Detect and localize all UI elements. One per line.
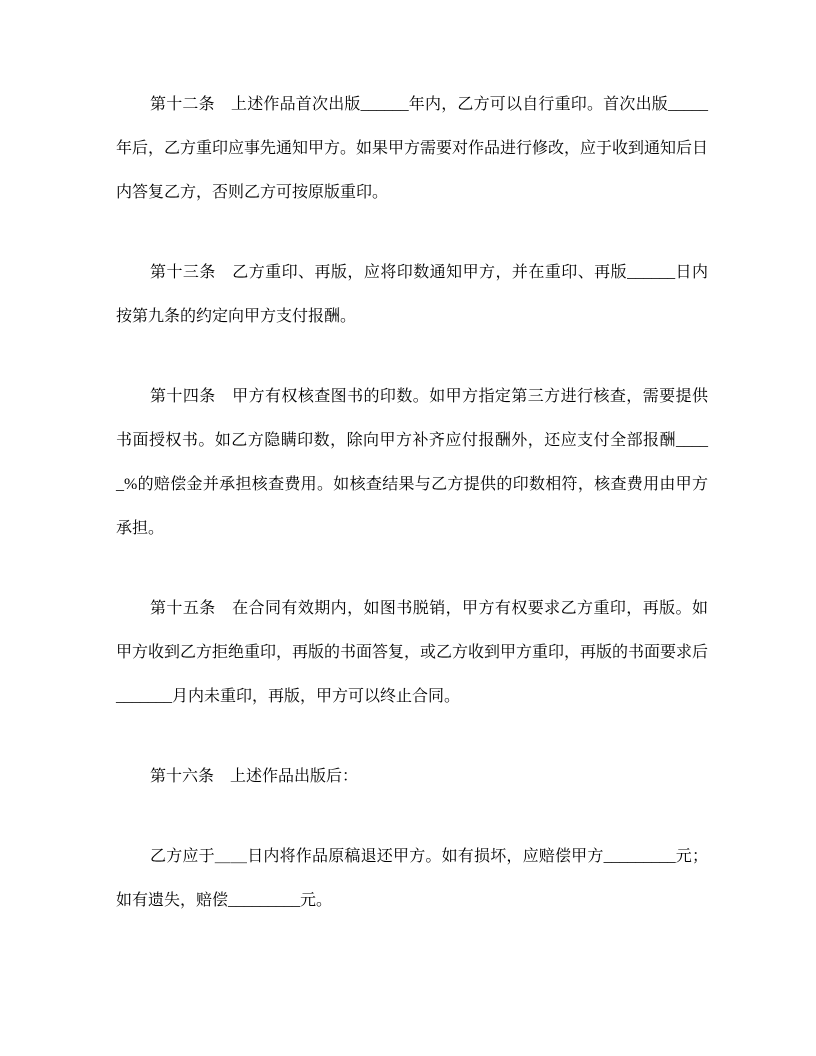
contract-document-page: 第十二条 上述作品首次出版______年内，乙方可以自行重印。首次出版_____… [0, 0, 816, 1056]
contract-clause-12: 第十二条 上述作品首次出版______年内，乙方可以自行重印。首次出版_____… [116, 83, 708, 215]
contract-clause-13: 第十三条 乙方重印、再版，应将印数通知甲方，并在重印、再版______日内按第九… [116, 251, 708, 339]
contract-clause-16-continuation: 乙方应于＿＿日内将作品原稿退还甲方。如有损坏，应赔偿甲方_________元；如… [116, 835, 708, 923]
contract-clause-16: 第十六条 上述作品出版后： [116, 755, 708, 799]
contract-clause-15: 第十五条 在合同有效期内，如图书脱销，甲方有权要求乙方重印，再版。如甲方收到乙方… [116, 587, 708, 719]
contract-clause-14: 第十四条 甲方有权核查图书的印数。如甲方指定第三方进行核查，需要提供书面授权书。… [116, 375, 708, 551]
